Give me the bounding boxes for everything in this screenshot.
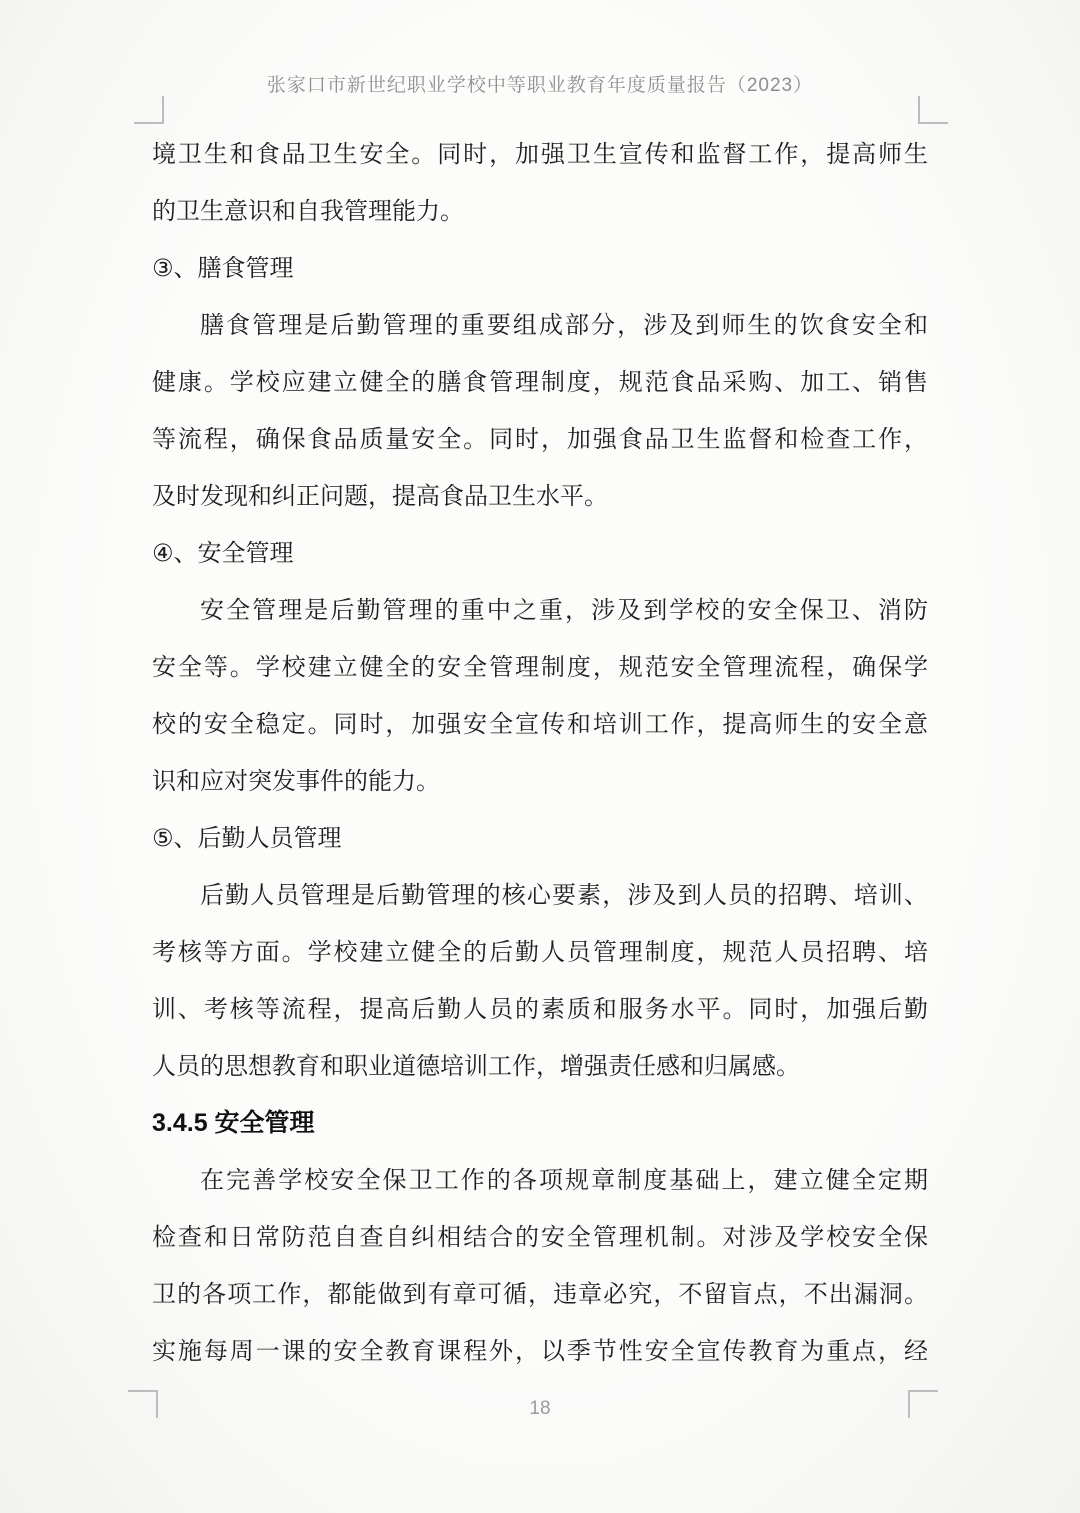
text-line: 人员的思想教育和职业道德培训工作，增强责任感和归属感。 — [152, 1038, 928, 1095]
text-line: 后勤人员管理是后勤管理的核心要素，涉及到人员的招聘、培训、 — [152, 867, 928, 924]
text-line: 识和应对突发事件的能力。 — [152, 753, 928, 810]
list-item-label-meal-management: ③、膳食管理 — [152, 240, 928, 297]
page-number: 18 — [0, 1398, 1080, 1420]
section-heading-3-4-5: 3.4.5 安全管理 — [152, 1095, 928, 1152]
text-line: 校的安全稳定。同时，加强安全宣传和培训工作，提高师生的安全意 — [152, 696, 928, 753]
text-line: 膳食管理是后勤管理的重要组成部分，涉及到师生的饮食安全和 — [152, 297, 928, 354]
report-header-title: 张家口市新世纪职业学校中等职业教育年度质量报告（2023） — [0, 70, 1080, 97]
text-line: 检查和日常防范自查自纠相结合的安全管理机制。对涉及学校安全保 — [152, 1209, 928, 1266]
crop-mark-top-right-icon — [918, 96, 948, 124]
text-line: 安全等。学校建立健全的安全管理制度，规范安全管理流程，确保学 — [152, 639, 928, 696]
text-line: 训、考核等流程，提高后勤人员的素质和服务水平。同时，加强后勤 — [152, 981, 928, 1038]
list-item-label-logistics-staff-management: ⑤、后勤人员管理 — [152, 810, 928, 867]
text-line: 安全管理是后勤管理的重中之重，涉及到学校的安全保卫、消防 — [152, 582, 928, 639]
document-page: 张家口市新世纪职业学校中等职业教育年度质量报告（2023） 境卫生和食品卫生安全… — [0, 0, 1080, 1513]
text-line: 实施每周一课的安全教育课程外，以季节性安全宣传教育为重点，经 — [152, 1323, 928, 1380]
text-line: 卫的各项工作，都能做到有章可循，违章必究，不留盲点，不出漏洞。 — [152, 1266, 928, 1323]
text-line: 考核等方面。学校建立健全的后勤人员管理制度，规范人员招聘、培 — [152, 924, 928, 981]
list-item-label-safety-management: ④、安全管理 — [152, 525, 928, 582]
text-line: 的卫生意识和自我管理能力。 — [152, 183, 928, 240]
text-line: 及时发现和纠正问题，提高食品卫生水平。 — [152, 468, 928, 525]
text-line: 在完善学校安全保卫工作的各项规章制度基础上，建立健全定期 — [152, 1152, 928, 1209]
page-body-text: 境卫生和食品卫生安全。同时，加强卫生宣传和监督工作，提高师生 的卫生意识和自我管… — [152, 126, 928, 1380]
text-line: 境卫生和食品卫生安全。同时，加强卫生宣传和监督工作，提高师生 — [152, 126, 928, 183]
text-line: 健康。学校应建立健全的膳食管理制度，规范食品采购、加工、销售 — [152, 354, 928, 411]
text-line: 等流程，确保食品质量安全。同时，加强食品卫生监督和检查工作， — [152, 411, 928, 468]
crop-mark-top-left-icon — [134, 96, 164, 124]
